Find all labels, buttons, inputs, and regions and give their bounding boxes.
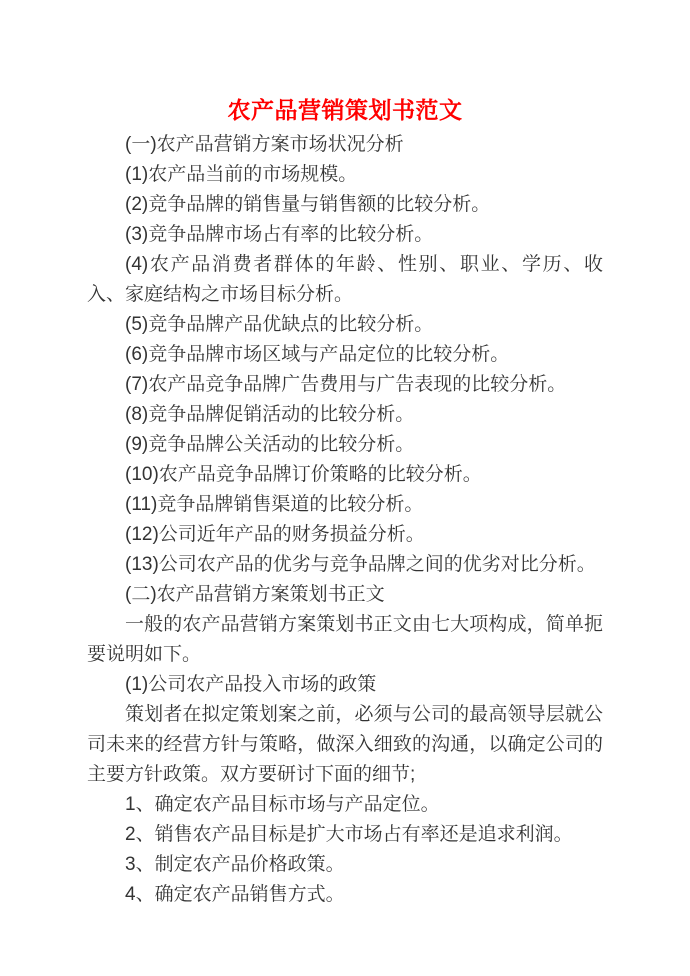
paragraph: (1)农产品当前的市场规模。	[87, 160, 603, 190]
paragraph: (5)竞争品牌产品优缺点的比较分析。	[87, 310, 603, 340]
page-title: 农产品营销策划书范文	[87, 94, 603, 126]
document-page: 农产品营销策划书范文 (一)农产品营销方案市场状况分析 (1)农产品当前的市场规…	[0, 0, 690, 976]
paragraph: (一)农产品营销方案市场状况分析	[87, 130, 603, 160]
paragraph: 4、确定农产品销售方式。	[87, 880, 603, 910]
paragraph: (13)公司农产品的优劣与竞争品牌之间的优劣对比分析。	[87, 550, 603, 580]
paragraph: (10)农产品竞争品牌订价策略的比较分析。	[87, 460, 603, 490]
paragraph: (9)竞争品牌公关活动的比较分析。	[87, 430, 603, 460]
paragraph: (7)农产品竞争品牌广告费用与广告表现的比较分析。	[87, 370, 603, 400]
paragraph: (4)农产品消费者群体的年龄、性别、职业、学历、收入、家庭结构之市场目标分析。	[87, 250, 603, 310]
paragraph: (3)竞争品牌市场占有率的比较分析。	[87, 220, 603, 250]
paragraph: (12)公司近年产品的财务损益分析。	[87, 520, 603, 550]
paragraph: (1)公司农产品投入市场的政策	[87, 670, 603, 700]
paragraph: 2、销售农产品目标是扩大市场占有率还是追求利润。	[87, 820, 603, 850]
paragraph: (二)农产品营销方案策划书正文	[87, 580, 603, 610]
paragraph: 1、确定农产品目标市场与产品定位。	[87, 790, 603, 820]
paragraph: 策划者在拟定策划案之前，必须与公司的最高领导层就公司未来的经营方针与策略，做深入…	[87, 700, 603, 790]
paragraph: 3、制定农产品价格政策。	[87, 850, 603, 880]
paragraph: (8)竞争品牌促销活动的比较分析。	[87, 400, 603, 430]
paragraph: 一般的农产品营销方案策划书正文由七大项构成，简单扼要说明如下。	[87, 610, 603, 670]
paragraph: (6)竞争品牌市场区域与产品定位的比较分析。	[87, 340, 603, 370]
paragraph: (2)竞争品牌的销售量与销售额的比较分析。	[87, 190, 603, 220]
paragraph: (11)竞争品牌销售渠道的比较分析。	[87, 490, 603, 520]
